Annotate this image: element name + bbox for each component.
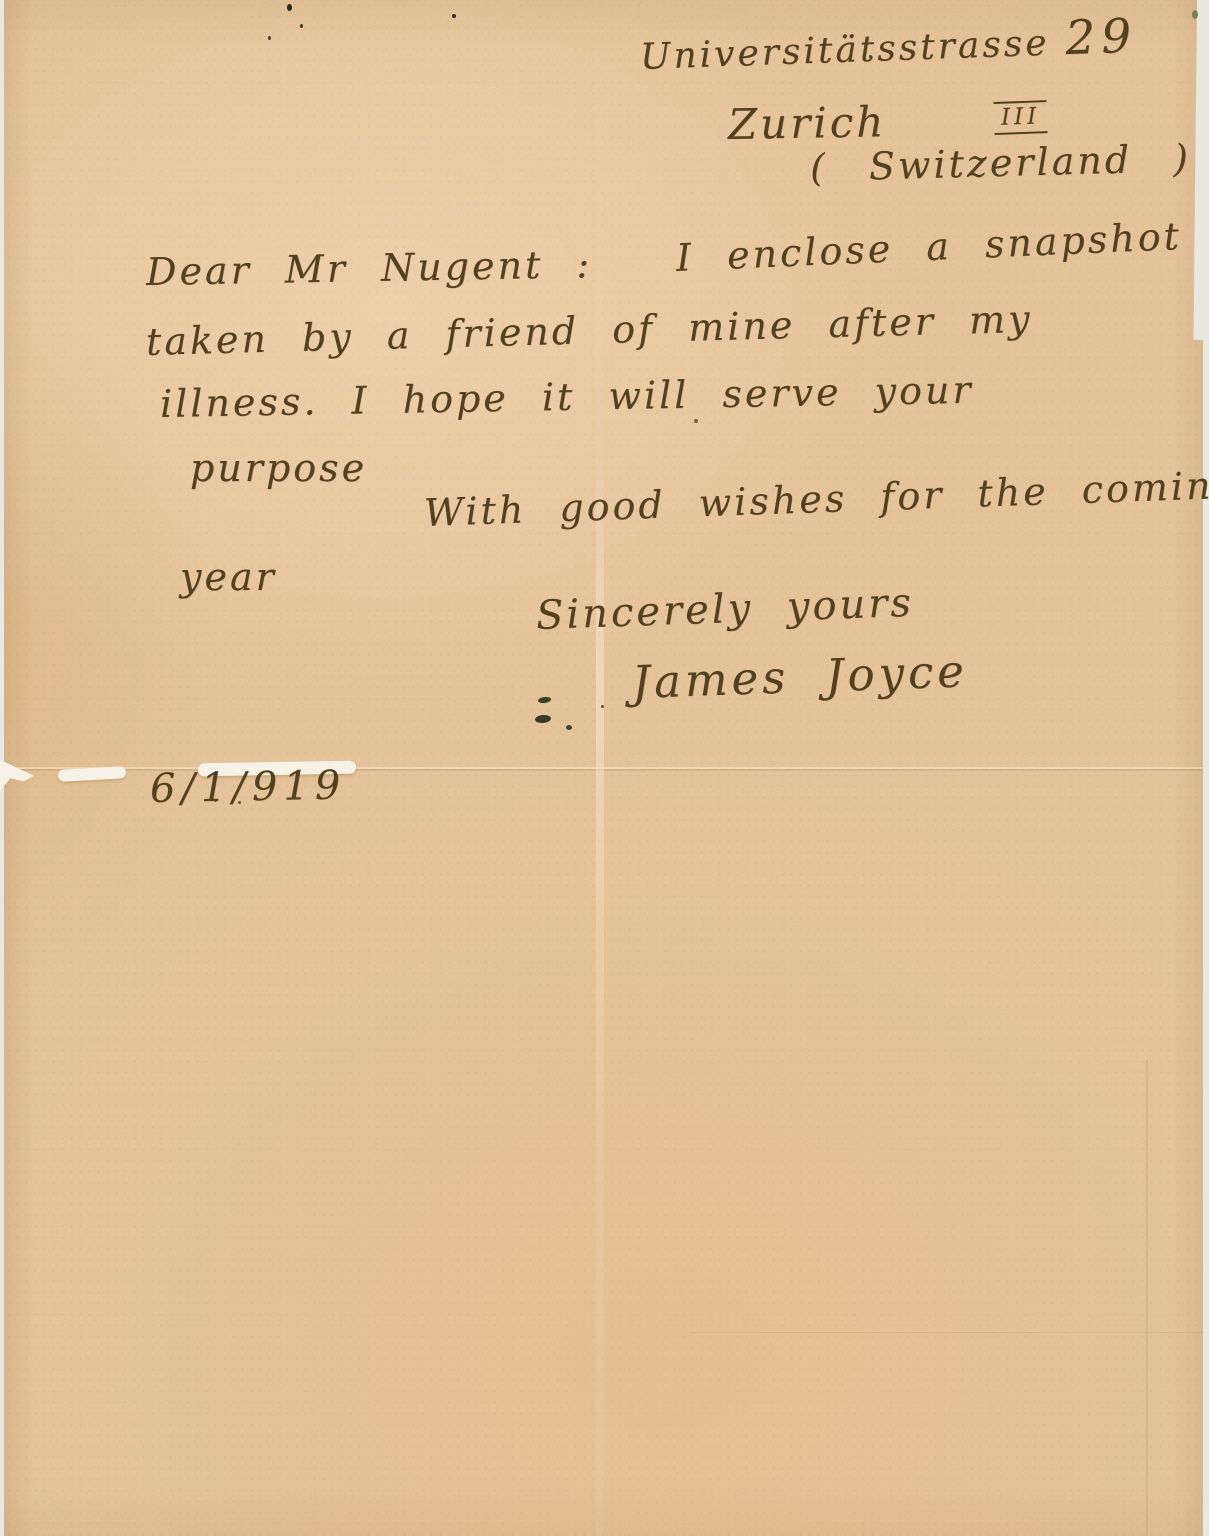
paper-speck [1192,10,1198,19]
scanned-letter: Universitätsstrasse29 III Zurich ( Switz… [0,0,1209,1536]
body-line-6: year [180,555,277,599]
address-number: 29 [1064,9,1138,66]
paper-speck [268,36,271,40]
floor-number: III [993,100,1047,135]
salutation: Dear Mr Nugent : [146,242,593,294]
faint-horizontal-crease [690,1332,1203,1333]
body-line-4: purpose [190,446,367,490]
city-line: Zurich [728,97,887,149]
paper-speck [694,419,698,423]
paper-speck [601,705,604,708]
date-line: 6/1/919 [150,763,347,812]
paper-speck [452,14,456,18]
paper-edge-gap [1193,0,1209,340]
paper-speck [300,24,303,28]
ink-blot [566,725,572,730]
right-vertical-crease [1146,1060,1148,1536]
paper-speck [287,4,292,11]
vertical-fold-crease [596,0,604,1536]
